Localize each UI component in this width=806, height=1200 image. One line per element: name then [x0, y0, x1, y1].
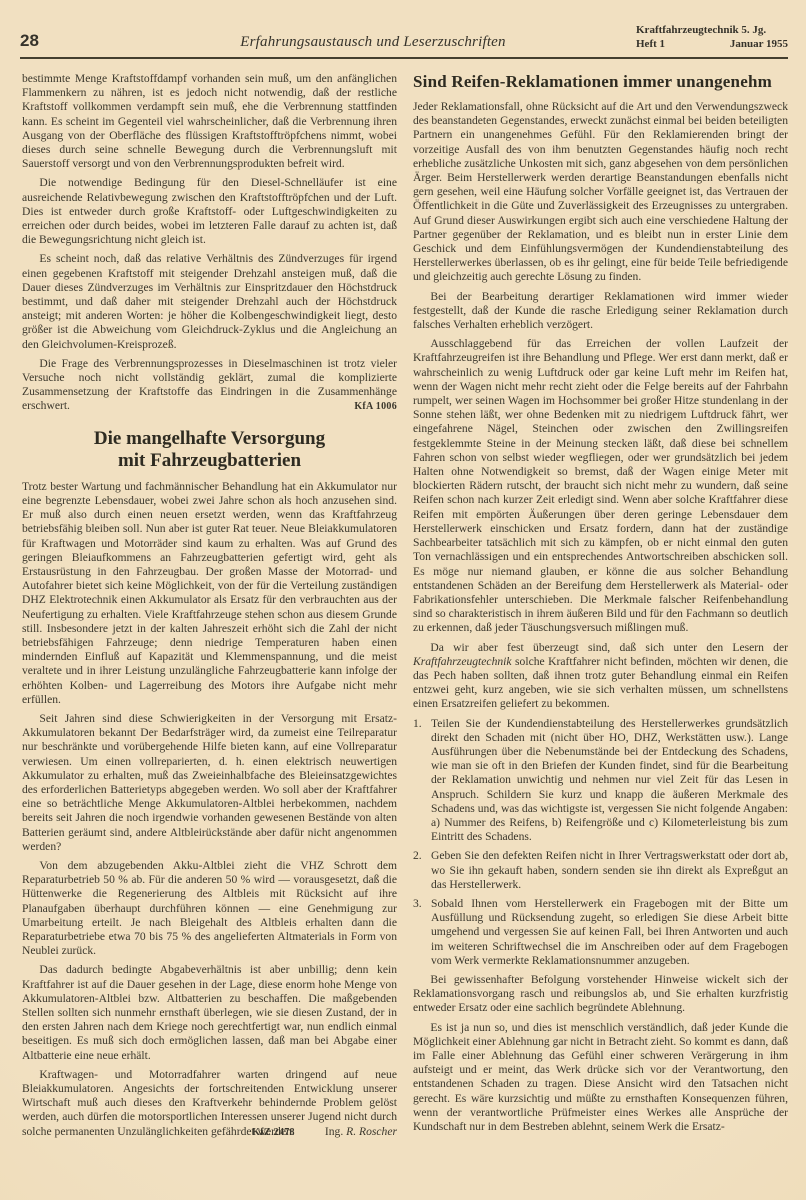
running-title: Erfahrungsaustausch und Leserzuschriften [110, 34, 636, 51]
title-line-1: Die mangelhafte Versorgung [94, 428, 325, 449]
issue-date: Januar 1955 [730, 38, 788, 52]
paragraph: Trotz bester Wartung und fachmännischer … [22, 480, 397, 707]
paragraph: Es scheint noch, daß das relative Verhäl… [22, 252, 397, 351]
list-number: 3. [413, 897, 431, 968]
paragraph: Bei gewissenhafter Befolgung vorstehende… [413, 973, 788, 1016]
list-item: 1. Teilen Sie der Kundendienstabteilung … [413, 717, 788, 845]
paragraph: Seit Jahren sind diese Schwierigkeiten i… [22, 712, 397, 854]
list-text: Teilen Sie der Kundendienstabteilung des… [431, 717, 788, 845]
article-title-batteries: Die mangelhafte Versorgung mit Fahrzeugb… [22, 428, 397, 472]
paragraph: Von dem abzugebenden Akku-Altblei zieht … [22, 859, 397, 958]
list-item: 3. Sobald Ihnen vom Herstellerwerk ein F… [413, 897, 788, 968]
list-number: 2. [413, 849, 431, 892]
text-run: Da wir aber fest überzeugt sind, daß sic… [430, 641, 788, 654]
paragraph: Ausschlaggebend für das Erreichen der vo… [413, 337, 788, 635]
author-name: R. Roscher [346, 1125, 397, 1138]
two-column-body: bestimmte Menge Kraftstoffdampf vorhande… [0, 59, 806, 1140]
issue-journal-name: Kraftfahrzeugtechnik 5. Jg. [636, 24, 788, 38]
list-text: Geben Sie den defekten Reifen nicht in I… [431, 849, 788, 892]
list-item: 2. Geben Sie den defekten Reifen nicht i… [413, 849, 788, 892]
issue-number-date: Heft 1 Januar 1955 [636, 38, 788, 52]
right-column: Sind Reifen-Reklamationen immer unangene… [413, 72, 788, 1140]
issue-heft: Heft 1 [636, 38, 665, 52]
page-number: 28 [20, 31, 110, 51]
article-signature: KfA 1006 [22, 399, 397, 414]
page-header: 28 Erfahrungsaustausch und Leserzuschrif… [0, 0, 806, 55]
left-column: bestimmte Menge Kraftstoffdampf vorhande… [22, 72, 397, 1140]
title-line-2: mit Fahrzeugbatterien [118, 450, 301, 471]
author-title: Ing. [325, 1125, 343, 1138]
list-number: 1. [413, 717, 431, 845]
list-text: Sobald Ihnen vom Herstellerwerk ein Frag… [431, 897, 788, 968]
magazine-name-italic: Kraftfahrzeugtechnik [413, 655, 512, 668]
paragraph: Bei der Bearbeitung derartiger Reklamati… [413, 290, 788, 333]
signature-author: Ing. R. Roscher [325, 1125, 397, 1139]
paragraph: Die notwendige Bedingung für den Diesel-… [22, 176, 397, 247]
paragraph: Es ist ja nun so, und dies ist menschlic… [413, 1021, 788, 1135]
issue-info: Kraftfahrzeugtechnik 5. Jg. Heft 1 Janua… [636, 24, 788, 51]
article-title-tires: Sind Reifen-Reklamationen immer unangene… [413, 72, 788, 92]
paragraph-with-italic: Da wir aber fest überzeugt sind, daß sic… [413, 641, 788, 712]
paragraph: bestimmte Menge Kraftstoffdampf vorhande… [22, 72, 397, 171]
magazine-page: 28 Erfahrungsaustausch und Leserzuschrif… [0, 0, 806, 1200]
numbered-list: 1. Teilen Sie der Kundendienstabteilung … [413, 717, 788, 968]
paragraph: Jeder Reklamationsfall, ohne Rücksicht a… [413, 100, 788, 285]
paragraph: Das dadurch bedingte Abgabeverhältnis is… [22, 963, 397, 1062]
signature-code: KfA 1006 [354, 401, 397, 412]
signature-code: KfZ 2478 [252, 1126, 295, 1140]
